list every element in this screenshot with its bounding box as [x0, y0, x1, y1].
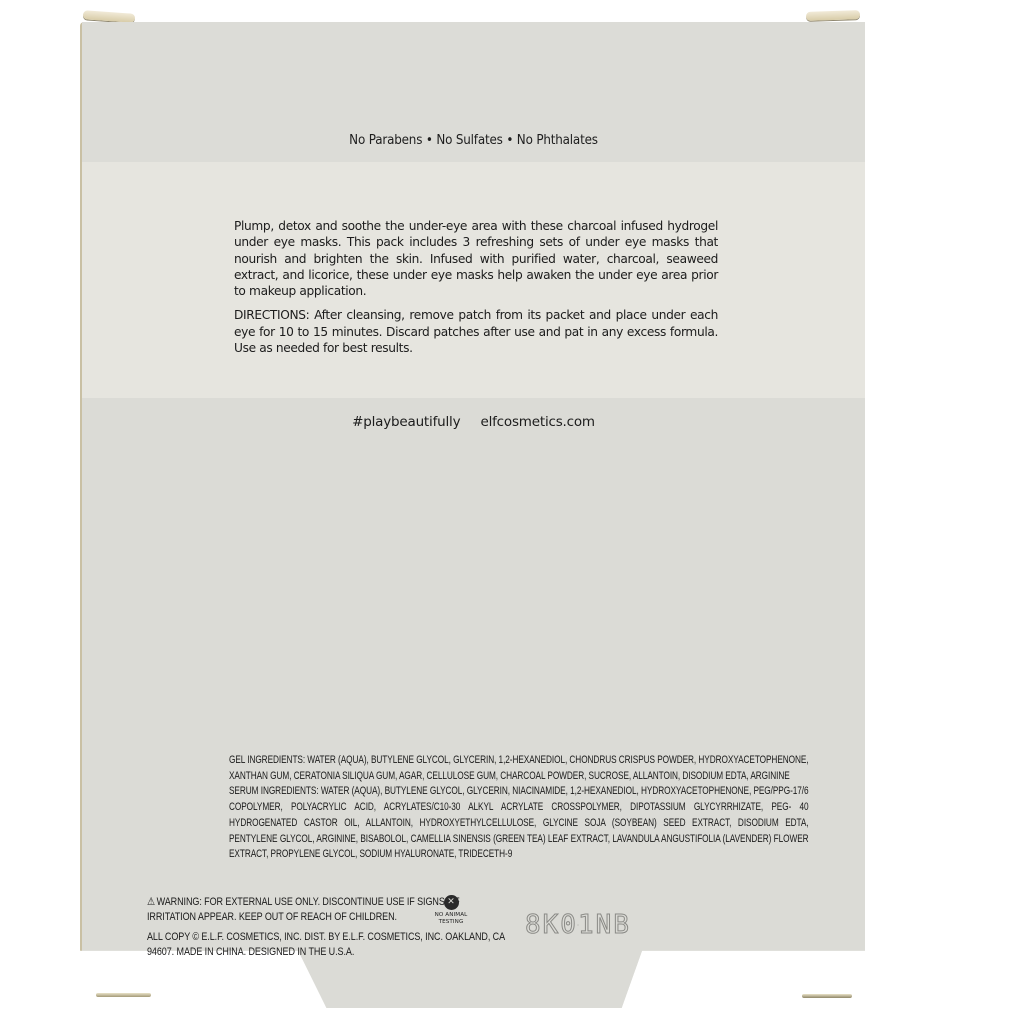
box-bottom-flap-left [96, 993, 151, 997]
warning-label: WARNING: FOR EXTERNAL USE ONLY. DISCONTI… [147, 896, 460, 923]
product-description: Plump, detox and soothe the under-eye ar… [234, 218, 718, 364]
cruelty-free-badge: ✕ NO ANIMAL TESTING [421, 895, 481, 925]
lot-code: 8K01NB [525, 910, 631, 940]
bunny-icon: ✕ [444, 895, 459, 910]
box-top-flap-right [806, 10, 860, 21]
website-text: elfcosmetics.com [480, 414, 594, 430]
directions-paragraph: DIRECTIONS: After cleansing, remove patc… [234, 307, 718, 356]
copyright-text: ALL COPY © E.L.F. COSMETICS, INC. DIST. … [147, 930, 508, 959]
box-bottom-flap-right [802, 994, 852, 998]
box-top-flap-left [83, 10, 136, 23]
badge-label-line2: TESTING [421, 919, 481, 926]
warning-triangle-icon: ⚠ [147, 896, 155, 908]
product-box-back-panel: No Parabens • No Sulfates • No Phthalate… [80, 22, 865, 1008]
badge-label-line1: NO ANIMAL [421, 912, 481, 919]
social-links: #playbeautifully elfcosmetics.com [82, 414, 865, 430]
hashtag-text: #playbeautifully [352, 414, 460, 430]
description-paragraph: Plump, detox and soothe the under-eye ar… [234, 218, 718, 299]
serum-ingredients: SERUM INGREDIENTS: WATER (AQUA), BUTYLEN… [229, 784, 809, 863]
free-from-claims: No Parabens • No Sulfates • No Phthalate… [113, 133, 833, 148]
ingredients-list: GEL INGREDIENTS: WATER (AQUA), BUTYLENE … [229, 753, 809, 863]
gel-ingredients: GEL INGREDIENTS: WATER (AQUA), BUTYLENE … [229, 753, 809, 784]
